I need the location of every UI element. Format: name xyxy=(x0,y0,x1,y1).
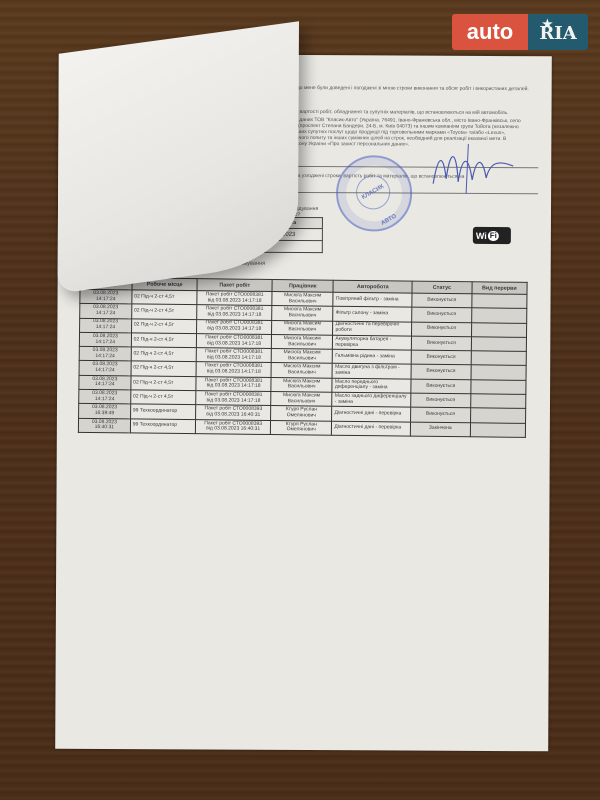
workplace-cell: 02 Під-ч 2-ст 4,5т xyxy=(131,304,197,319)
break-type-cell xyxy=(471,337,527,352)
worker-cell: Мисюга МаксимВасильович xyxy=(271,377,333,392)
status-cell: Виконується xyxy=(411,336,471,351)
period-cell: 03.08.202314:17:24 xyxy=(80,318,132,333)
job-cell: Діагностичні дані - перевірка xyxy=(332,421,411,436)
period-cell: 03.08.202314:17:24 xyxy=(79,361,131,376)
logo-ria-text: ★ RIA xyxy=(528,14,588,50)
period-cell: 03.08.202316:39:49 xyxy=(79,404,131,419)
package-cell: Пакет робіт СТО0008381від 03.08.2023 14:… xyxy=(196,391,271,406)
status-cell: Виконується xyxy=(412,293,472,308)
job-cell: Діагностичні та перевірочні роботи xyxy=(333,321,412,336)
company-stamp: КЛАСИК АВТО xyxy=(336,155,412,231)
period-cell: 03.08.202314:17:24 xyxy=(79,347,131,362)
star-icon: ★ xyxy=(542,4,553,44)
period-cell: 03.08.202314:17:24 xyxy=(79,375,131,390)
worker-cell: Мисюга МаксимВасильович xyxy=(271,334,333,349)
worker-cell: Мисюга МаксимВасильович xyxy=(271,363,333,378)
workplace-cell: 02 Під-ч 2-ст 4,5т xyxy=(131,333,197,348)
column-header: Пакет робіт xyxy=(197,279,272,292)
column-header: Працівник xyxy=(272,280,334,293)
break-type-cell xyxy=(471,308,527,323)
column-header: Авторобота xyxy=(333,280,412,293)
worker-cell: Ктуря РусланОмелянович xyxy=(271,406,333,421)
job-cell: Масло переднього диференціалу - заміна xyxy=(332,378,411,393)
wifi-label-wi: Wi xyxy=(476,230,487,240)
column-header: Вид перерви xyxy=(472,282,528,295)
status-cell: Виконується xyxy=(411,393,471,408)
worker-cell: Мисюга МаксимВасильович xyxy=(272,306,334,321)
wifi-icon: WiFi xyxy=(473,227,511,244)
break-type-cell xyxy=(470,380,526,395)
status-cell: Виконується xyxy=(411,365,471,380)
job-cell: Акумуляторна батарея - перевірка xyxy=(333,335,412,350)
worker-cell: Мисюга МаксимВасильович xyxy=(271,392,333,407)
package-cell: Пакет робіт СТО0008381від 03.08.2023 14:… xyxy=(197,319,272,334)
period-cell: 03.08.202314:17:24 xyxy=(80,289,132,304)
status-cell: Закінчена xyxy=(410,422,470,437)
workplace-cell: 02 Під-ч 2-ст 4,5т xyxy=(131,319,197,334)
work-orders-table: ПеріодРобоче місцеПакет робітПрацівникАв… xyxy=(78,277,528,438)
status-cell: Виконується xyxy=(411,350,471,365)
break-type-cell xyxy=(470,394,526,409)
break-type-cell xyxy=(471,322,527,337)
consent-line: що до мене були доведені і погоджені зі … xyxy=(289,85,544,92)
break-type-cell xyxy=(471,365,527,380)
logo-auto-text: auto xyxy=(452,14,528,50)
workplace-cell: 02 Під-ч 2-ст 4,5т xyxy=(131,347,197,362)
status-cell: Виконується xyxy=(411,379,471,394)
package-cell: Пакет робіт СТО0008393від 03.08.2023 16:… xyxy=(196,405,271,420)
break-type-cell xyxy=(471,351,527,366)
column-header: Статус xyxy=(412,281,472,294)
folded-page-corner xyxy=(58,21,299,293)
workplace-cell: 02 Під-ч 2-ст 4,5т xyxy=(130,390,196,405)
job-cell: Фільтр салону - заміна xyxy=(333,307,412,322)
package-cell: Пакет робіт СТО0008381від 03.08.2023 14:… xyxy=(197,291,272,306)
period-cell: 03.08.202314:17:24 xyxy=(80,304,132,319)
status-cell: Виконується xyxy=(412,307,472,322)
table-body: 03.08.202314:17:2402 Під-ч 2-ст 4,5тПаке… xyxy=(78,289,527,437)
break-type-cell xyxy=(471,294,527,309)
signature-icon xyxy=(428,144,518,194)
autoria-watermark-logo: auto ★ RIA xyxy=(452,14,588,50)
job-cell: Масло двигуна з фільтром - заміна xyxy=(332,364,411,379)
package-cell: Пакет робіт СТО0008381від 03.08.2023 14:… xyxy=(197,348,272,363)
package-cell: Пакет робіт СТО0008381від 03.08.2023 14:… xyxy=(196,362,271,377)
worker-cell: Мисюга МаксимВасильович xyxy=(272,292,334,307)
package-cell: Пакет робіт СТО0008381від 03.08.2023 14:… xyxy=(197,334,272,349)
workplace-cell: 02 Під-ч 2-ст 4,5т xyxy=(132,290,198,305)
service-document: що до мене були доведені і погоджені зі … xyxy=(55,54,552,752)
workplace-cell: 99 Техкоординатор xyxy=(130,404,196,419)
package-cell: Пакет робіт СТО0008393від 03.08.2023 16:… xyxy=(196,419,271,434)
period-cell: 03.08.202314:17:24 xyxy=(79,332,131,347)
job-cell: Діагностичні дані - перевірка xyxy=(332,407,411,422)
workplace-cell: 99 Техкоординатор xyxy=(130,419,196,434)
wifi-label-fi: Fi xyxy=(488,230,499,240)
period-cell: 03.08.202314:17:24 xyxy=(79,389,131,404)
workplace-cell: 02 Під-ч 2-ст 4,5т xyxy=(131,376,197,391)
break-type-cell xyxy=(470,422,526,437)
workplace-cell: 02 Під-ч 2-ст 4,5т xyxy=(131,361,197,376)
period-cell: 03.08.202316:40:31 xyxy=(78,418,130,433)
stamp-text: КЛАСИК АВТО xyxy=(350,169,396,215)
status-cell: Виконується xyxy=(411,407,471,422)
package-cell: Пакет робіт СТО0008381від 03.08.2023 14:… xyxy=(197,305,272,320)
worker-cell: Мисюга МаксимВасильович xyxy=(271,349,333,364)
package-cell: Пакет робіт СТО0008381від 03.08.2023 14:… xyxy=(196,376,271,391)
job-cell: Масло заднього диференціалу - заміна xyxy=(332,392,411,407)
worker-cell: Ктуря РусланОмелянович xyxy=(270,420,332,435)
status-cell: Виконується xyxy=(412,322,472,337)
break-type-cell xyxy=(470,408,526,423)
job-cell: Гальмівна рідина - заміна xyxy=(333,349,412,364)
worker-cell: Мисюга МаксимВасильович xyxy=(272,320,334,335)
job-cell: Повітряний фільтр - заміна xyxy=(333,292,412,307)
